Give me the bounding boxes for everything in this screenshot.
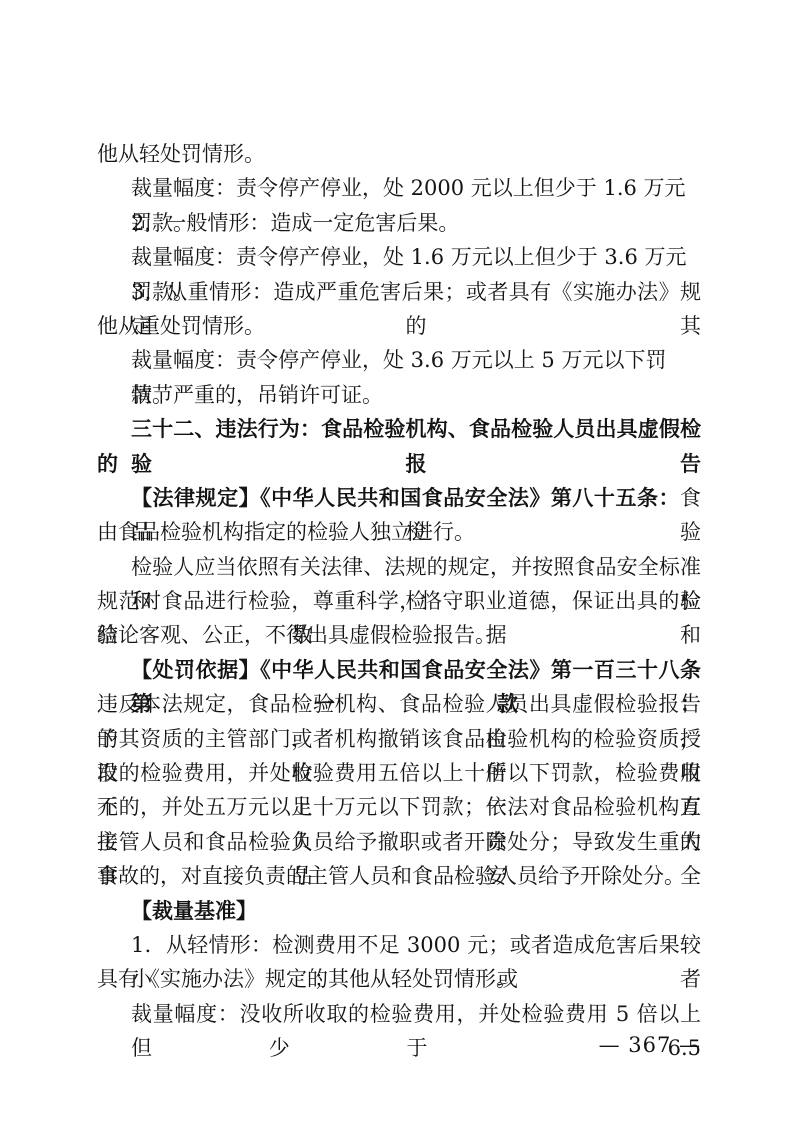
text-line: 1．从轻情形：检测费用不足 3000 元；或者造成危害后果较小；或者	[97, 928, 701, 962]
text-segment: 具有《实施办法》规定的其他从轻处罚情形。	[97, 967, 517, 991]
text-segment: 事故的，对直接负责的主管人员和食品检验人员给予开除处分。	[97, 864, 685, 888]
text-line: 取的检验费用，并处检验费用五倍以上十倍以下罚款，检验费用不足一万	[97, 756, 701, 790]
text-line: 裁量幅度：责令停产停业，处 1.6 万元以上但少于 3.6 万元罚款。	[97, 240, 701, 274]
text-segment: 【法律规定】《中华人民共和国食品安全法》第八十五条：	[131, 485, 680, 510]
text-segment: 他从轻处罚情形。	[97, 142, 265, 166]
text-line: 检验人应当依照有关法律、法规的规定，并按照食品安全标准和检验	[97, 550, 701, 584]
text-line: 【裁量基准】	[97, 894, 701, 928]
text-segment: 结论客观、公正，不得出具虚假检验报告。	[97, 623, 496, 647]
text-segment: 【裁量基准】	[131, 898, 257, 923]
text-line: 3．从重情形：造成严重危害后果；或者具有《实施办法》规定的其	[97, 275, 701, 309]
document-page: 他从轻处罚情形。裁量幅度：责令停产停业，处 2000 元以上但少于 1.6 万元…	[0, 0, 793, 1122]
text-segment: 他从重处罚情形。	[97, 314, 265, 338]
text-line: 情节严重的，吊销许可证。	[97, 378, 701, 412]
text-line: 【法律规定】《中华人民共和国食品安全法》第八十五条：食品检验	[97, 481, 701, 515]
text-line: 事故的，对直接负责的主管人员和食品检验人员给予开除处分。	[97, 859, 701, 893]
text-line: 裁量幅度：没收所收取的检验费用，并处检验费用 5 倍以上但少于 6.5	[97, 997, 701, 1031]
text-line: 规范对食品进行检验，尊重科学，恪守职业道德，保证出具的检验数据和	[97, 584, 701, 618]
text-line: 三十二、违法行为：食品检验机构、食品检验人员出具虚假检验报告	[97, 412, 701, 446]
text-line: 裁量幅度：责令停产停业，处 3.6 万元以上 5 万元以下罚款。	[97, 343, 701, 377]
text-line: 主管人员和食品检验人员给予撤职或者开除处分；导致发生重大食品安全	[97, 825, 701, 859]
text-line: 【处罚依据】《中华人民共和国食品安全法》第一百三十八条第一款：	[97, 653, 701, 687]
page-number: — 367 —	[599, 1033, 701, 1057]
text-segment: 2．一般情形：造成一定危害后果。	[131, 211, 459, 235]
text-segment: 的	[97, 452, 118, 476]
text-line: 裁量幅度：责令停产停业，处 2000 元以上但少于 1.6 万元罚款。	[97, 171, 701, 205]
text-line: 予其资质的主管部门或者机构撤销该食品检验机构的检验资质，没收所收	[97, 722, 701, 756]
text-line: 2．一般情形：造成一定危害后果。	[97, 206, 701, 240]
text-line: 元的，并处五万元以上十万元以下罚款；依法对食品检验机构直接负责的	[97, 790, 701, 824]
text-line: 他从轻处罚情形。	[97, 137, 701, 171]
text-line: 违反本法规定，食品检验机构、食品检验人员出具虚假检验报告的，由授	[97, 687, 701, 721]
text-segment: 由食品检验机构指定的检验人独立进行。	[97, 520, 475, 544]
text-segment: 三十二、违法行为：食品检验机构、食品检验人员出具虚假检验报告	[131, 417, 701, 475]
text-block: 他从轻处罚情形。裁量幅度：责令停产停业，处 2000 元以上但少于 1.6 万元…	[97, 137, 701, 1031]
text-segment: 情节严重的，吊销许可证。	[131, 383, 383, 407]
